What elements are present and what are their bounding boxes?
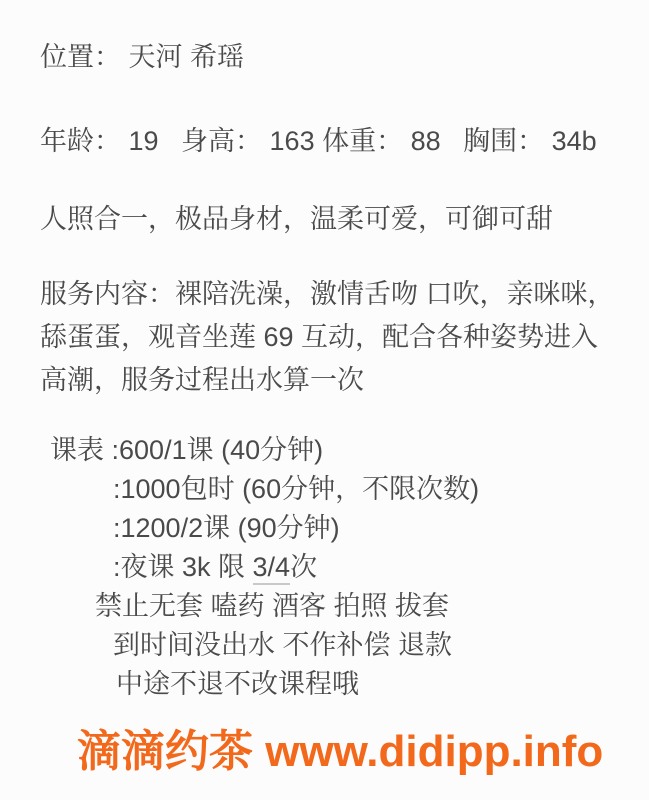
schedule-label: 课表 <box>50 435 112 465</box>
listing-text-body: 位置： 天河 希瑶 年龄： 19 身高： 163 体重： 88 胸围： 34b … <box>0 0 649 778</box>
price-schedule: 课表 :600/1课 (40分钟) :1000包时 (60分钟，不限次数) :1… <box>40 431 633 587</box>
schedule-item-night: :夜课 3k 限 3/4次 <box>113 548 633 587</box>
rule-line-1: 禁止无套 嗑药 酒客 拍照 拔套 <box>95 587 633 626</box>
schedule-item-2: :1000包时 (60分钟，不限次数) <box>113 470 633 509</box>
services-line-3: 高潮，服务过程出水算一次 <box>40 359 633 402</box>
rule-line-3: 中途不退不改课程哦 <box>116 665 633 704</box>
night-limit-detector-link[interactable]: 3/4 <box>253 552 291 585</box>
services-line-1: 服务内容：裸陪洗澡，激情舌吻 口吹，亲咪咪， <box>40 273 633 316</box>
watermark-separator <box>253 727 265 776</box>
night-item-prefix: :夜课 3k 限 <box>113 552 253 582</box>
watermark: 滴滴约茶 www.didipp.info <box>77 726 633 778</box>
watermark-brand: 滴滴约茶 <box>77 727 253 776</box>
schedule-item-3: :1200/2课 (90分钟) <box>113 509 633 548</box>
services-line-2: 舔蛋蛋，观音坐莲 69 互动，配合各种姿势进入 <box>40 316 633 359</box>
tagline-line: 人照合一，极品身材，温柔可爱，可御可甜 <box>40 198 633 241</box>
stats-line: 年龄： 19 身高： 163 体重： 88 胸围： 34b <box>40 120 633 163</box>
schedule-line-1: 课表 :600/1课 (40分钟) <box>50 431 633 470</box>
schedule-item-1: :600/1课 (40分钟) <box>112 435 324 465</box>
rule-line-2: 到时间没出水 不作补偿 退款 <box>113 626 633 665</box>
rules-section: 禁止无套 嗑药 酒客 拍照 拔套 到时间没出水 不作补偿 退款 中途不退不改课程… <box>40 587 633 704</box>
watermark-url: www.didipp.info <box>265 727 603 776</box>
services-paragraph: 服务内容：裸陪洗澡，激情舌吻 口吹，亲咪咪， 舔蛋蛋，观音坐莲 69 互动，配合… <box>40 273 633 402</box>
location-line: 位置： 天河 希瑶 <box>40 36 633 79</box>
night-item-suffix: 次 <box>290 552 317 582</box>
